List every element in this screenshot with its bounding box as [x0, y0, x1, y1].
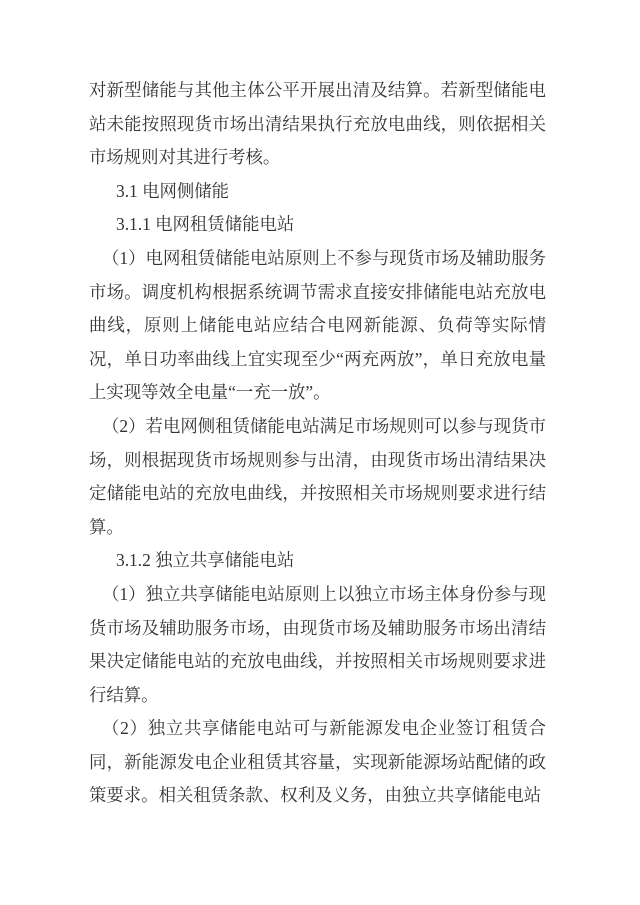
document-page: 对新型储能与其他主体公平开展出清及结算。若新型储能电站未能按照现货市场出清结果执…: [0, 0, 640, 905]
section-heading-3-1-1: 3.1.1 电网租赁储能电站: [89, 208, 546, 242]
section-heading-3-1: 3.1 电网侧储能: [89, 175, 546, 209]
body-paragraph-independent-shared-1: （1）独立共享储能电站原则上以独立市场主体身份参与现货市场及辅助服务市场，由现货…: [89, 578, 546, 712]
body-paragraph-grid-leased-1: （1）电网租赁储能电站原则上不参与现货市场及辅助服务市场。调度机构根据系统调节需…: [89, 242, 546, 410]
body-paragraph-independent-shared-2: （2）独立共享储能电站可与新能源发电企业签订租赁合同，新能源发电企业租赁其容量，…: [89, 712, 546, 813]
section-heading-3-1-2: 3.1.2 独立共享储能电站: [89, 544, 546, 578]
body-paragraph-grid-leased-2: （2）若电网侧租赁储能电站满足市场规则可以参与现货市场，则根据现货市场规则参与出…: [89, 410, 546, 544]
body-paragraph-continuation: 对新型储能与其他主体公平开展出清及结算。若新型储能电站未能按照现货市场出清结果执…: [89, 74, 546, 175]
